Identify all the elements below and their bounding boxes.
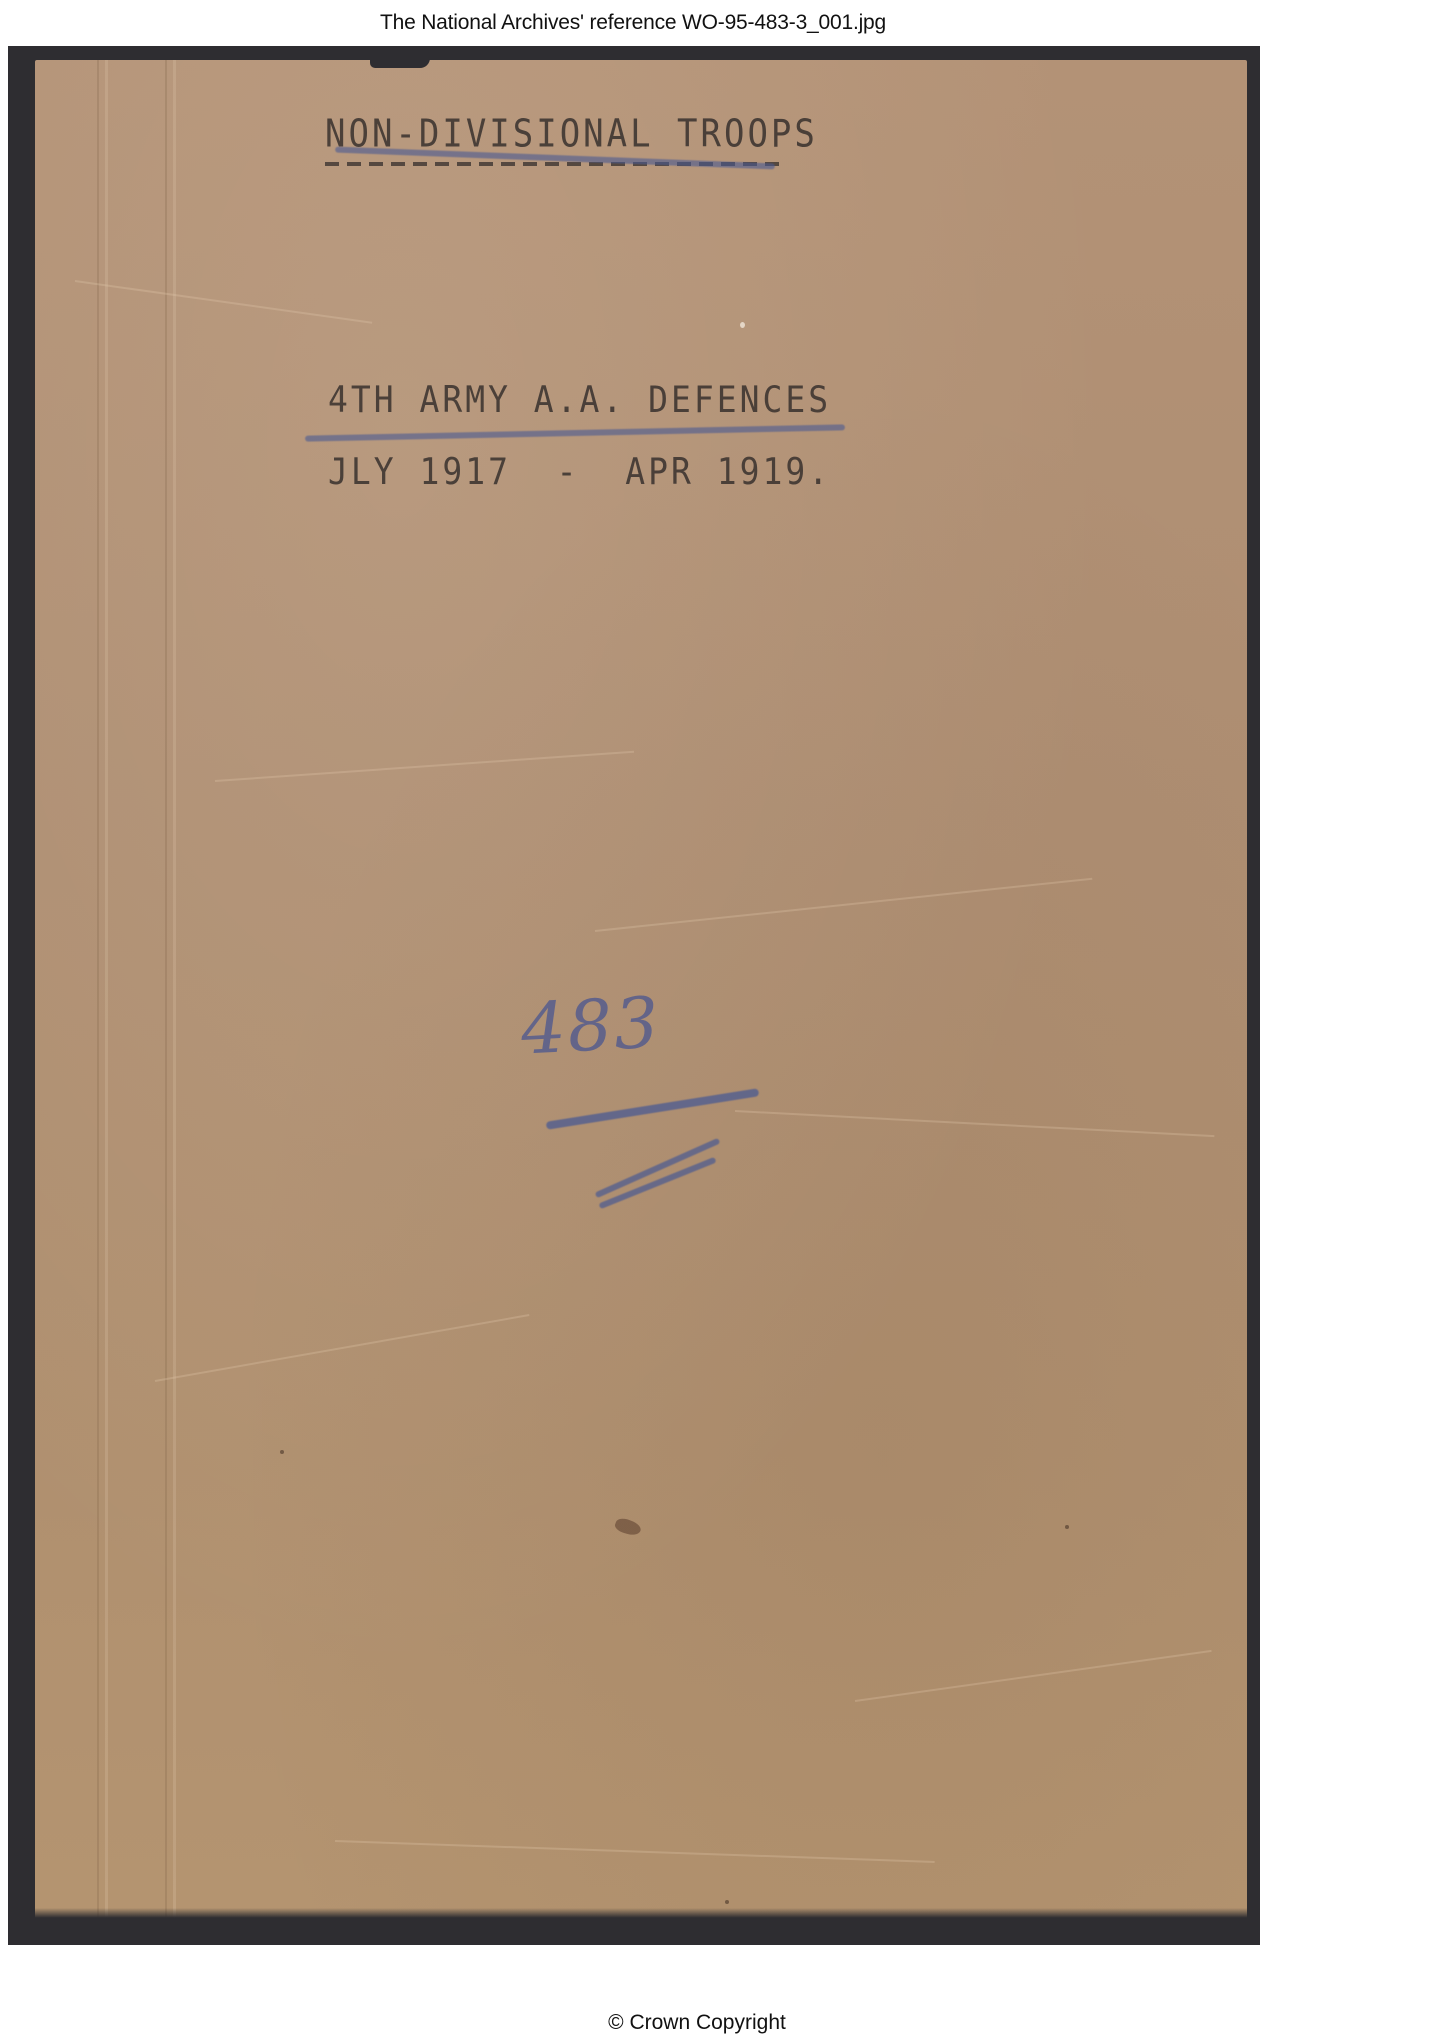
blue-pencil-underline [305, 424, 845, 441]
paper-speck [725, 1900, 729, 1904]
document-date-range: JLY 1917 - APR 1919. [328, 450, 831, 493]
paper-crease [855, 1650, 1212, 1702]
paper-worn-bottom-edge [35, 1908, 1247, 1922]
paper-speck [280, 1450, 284, 1454]
handwritten-file-number: 483 [519, 981, 663, 1070]
paper-speck [740, 322, 745, 328]
scanned-document-frame: NON-DIVISIONAL TROOPS 4TH ARMY A.A. DEFE… [8, 46, 1260, 1945]
copyright-caption: © Crown Copyright [0, 2010, 1394, 2036]
paper-crease [595, 878, 1092, 932]
paper-crease [335, 1840, 935, 1863]
paper-crease [215, 751, 634, 782]
file-cover-paper: NON-DIVISIONAL TROOPS 4TH ARMY A.A. DEFE… [35, 60, 1247, 1920]
paper-crease [75, 280, 372, 324]
document-title: 4TH ARMY A.A. DEFENCES [328, 378, 831, 421]
paper-torn-notch [370, 58, 430, 68]
binding-fold-line [105, 60, 108, 1920]
paper-crease [155, 1314, 530, 1382]
paper-stain [613, 1516, 642, 1538]
paper-speck [1065, 1525, 1069, 1529]
image-reference-caption: The National Archives' reference WO-95-4… [0, 10, 1266, 36]
paper-crease [735, 1110, 1214, 1137]
binding-fold-line [165, 60, 167, 1920]
binding-fold-line [97, 60, 99, 1920]
blue-pencil-stroke [546, 1088, 760, 1130]
binding-fold-line [173, 60, 176, 1920]
